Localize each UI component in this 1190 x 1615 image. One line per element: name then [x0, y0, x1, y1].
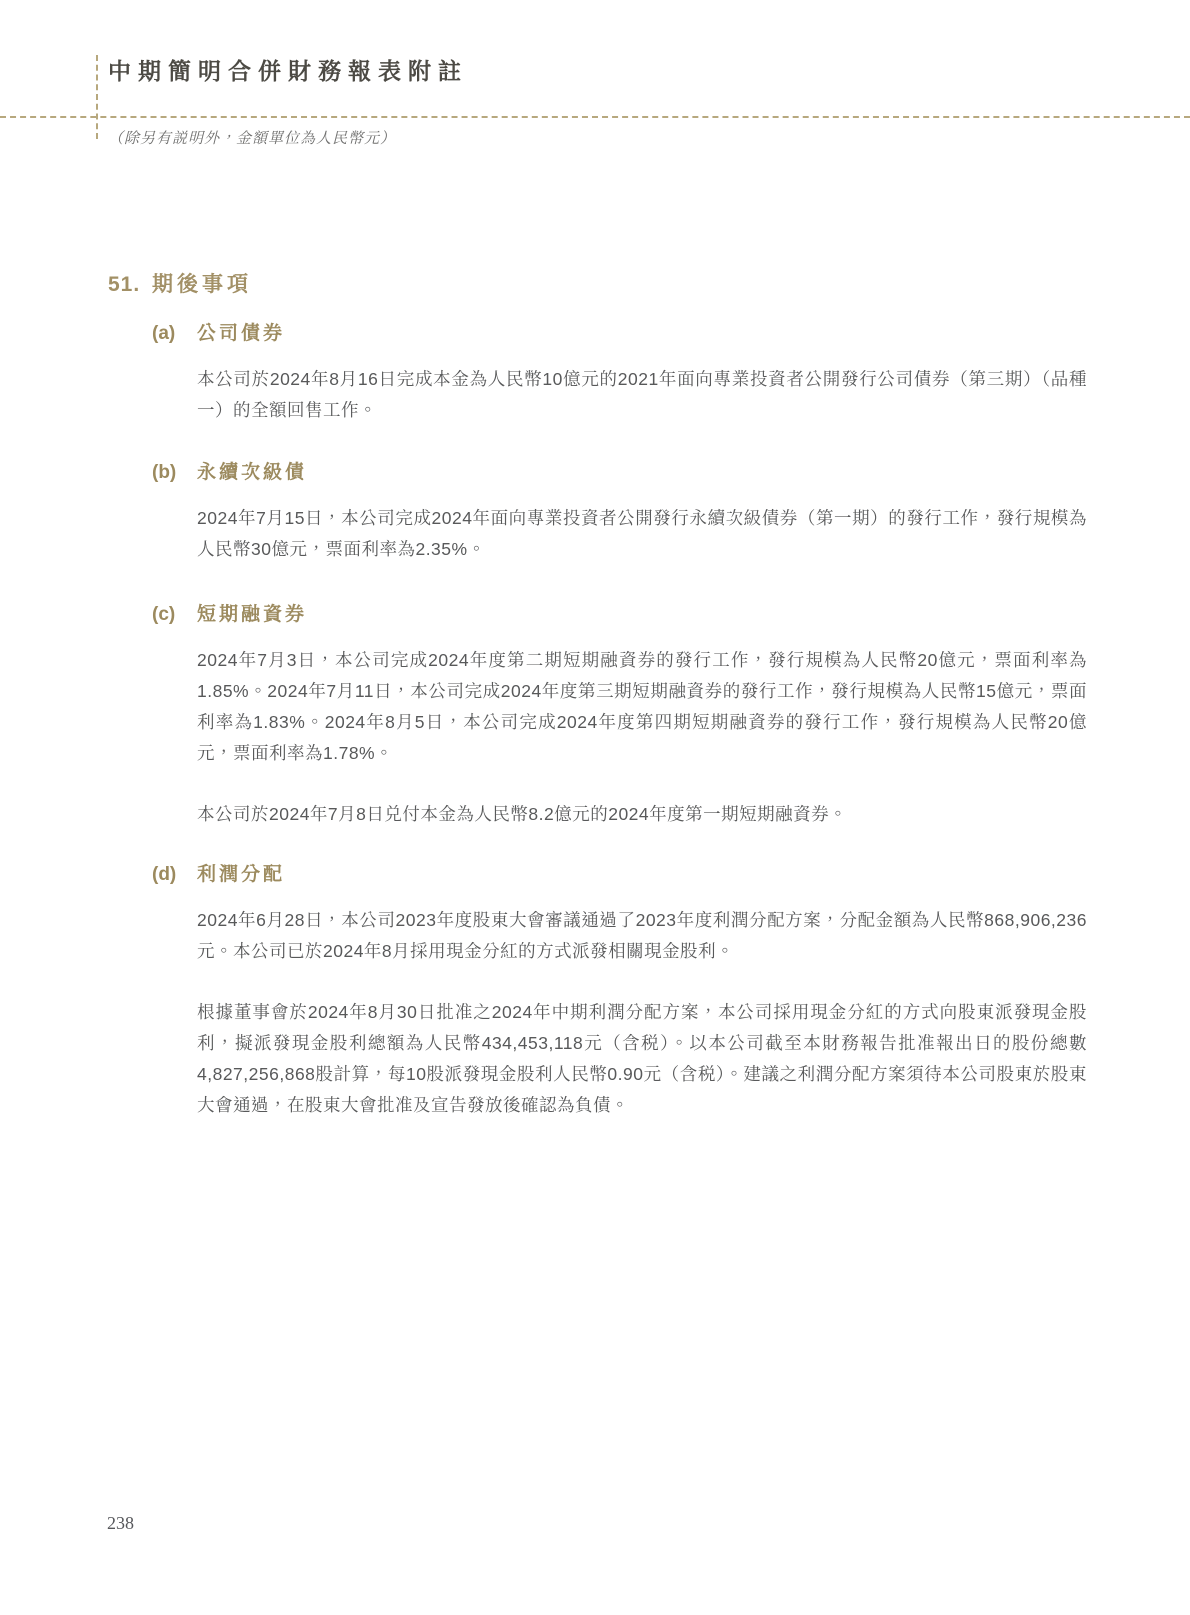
subsection-title: 永續次級債 — [197, 460, 1087, 486]
subsection-perpetual-subordinated-bonds: (b) 永續次級債 2024年7月15日，本公司完成2024年面向專業投資者公開… — [152, 460, 1190, 565]
subsection-label: (b) — [152, 460, 197, 565]
paragraph: 2024年7月3日，本公司完成2024年度第二期短期融資券的發行工作，發行規模為… — [197, 645, 1087, 769]
document-title: 中期簡明合併財務報表附註 — [108, 57, 1190, 87]
paragraph: 本公司於2024年8月16日完成本金為人民幣10億元的2021年面向專業投資者公… — [197, 364, 1087, 426]
header-horizontal-dashed-rule — [0, 116, 1190, 118]
paragraph: 2024年7月15日，本公司完成2024年面向專業投資者公開發行永續次級債券（第… — [197, 503, 1087, 565]
paragraph: 2024年6月28日，本公司2023年度股東大會審議通過了2023年度利潤分配方… — [197, 905, 1087, 967]
page-number: 238 — [107, 1513, 134, 1534]
section-heading: 51. 期後事項 — [108, 271, 1190, 299]
note-section: 51. 期後事項 (a) 公司債券 本公司於2024年8月16日完成本金為人民幣… — [0, 271, 1190, 1121]
paragraph: 根據董事會於2024年8月30日批准之2024年中期利潤分配方案，本公司採用現金… — [197, 997, 1087, 1121]
document-subtitle: （除另有説明外，金額單位為人民幣元） — [108, 127, 1190, 148]
subsection-title: 公司債券 — [197, 321, 1087, 347]
subsection-profit-distribution: (d) 利潤分配 2024年6月28日，本公司2023年度股東大會審議通過了20… — [152, 862, 1190, 1121]
subsection-label: (d) — [152, 862, 197, 1121]
section-number: 51. — [108, 271, 152, 299]
report-page: { "header": { "title": "中期簡明合併財務報表附註", "… — [0, 0, 1190, 1615]
subsection-title: 利潤分配 — [197, 862, 1087, 888]
document-header: 中期簡明合併財務報表附註 （除另有説明外，金額單位為人民幣元） — [0, 0, 1190, 148]
paragraph: 本公司於2024年7月8日兑付本金為人民幣8.2億元的2024年度第一期短期融資… — [197, 799, 1087, 830]
subsection-label: (c) — [152, 602, 197, 830]
subsection-corporate-bonds: (a) 公司債券 本公司於2024年8月16日完成本金為人民幣10億元的2021… — [152, 321, 1190, 426]
subsection-title: 短期融資券 — [197, 602, 1087, 628]
subsection-label: (a) — [152, 321, 197, 426]
section-title: 期後事項 — [152, 271, 252, 299]
header-vertical-dashed-line — [96, 55, 98, 139]
subsection-short-term-financing-bills: (c) 短期融資券 2024年7月3日，本公司完成2024年度第二期短期融資券的… — [152, 602, 1190, 830]
